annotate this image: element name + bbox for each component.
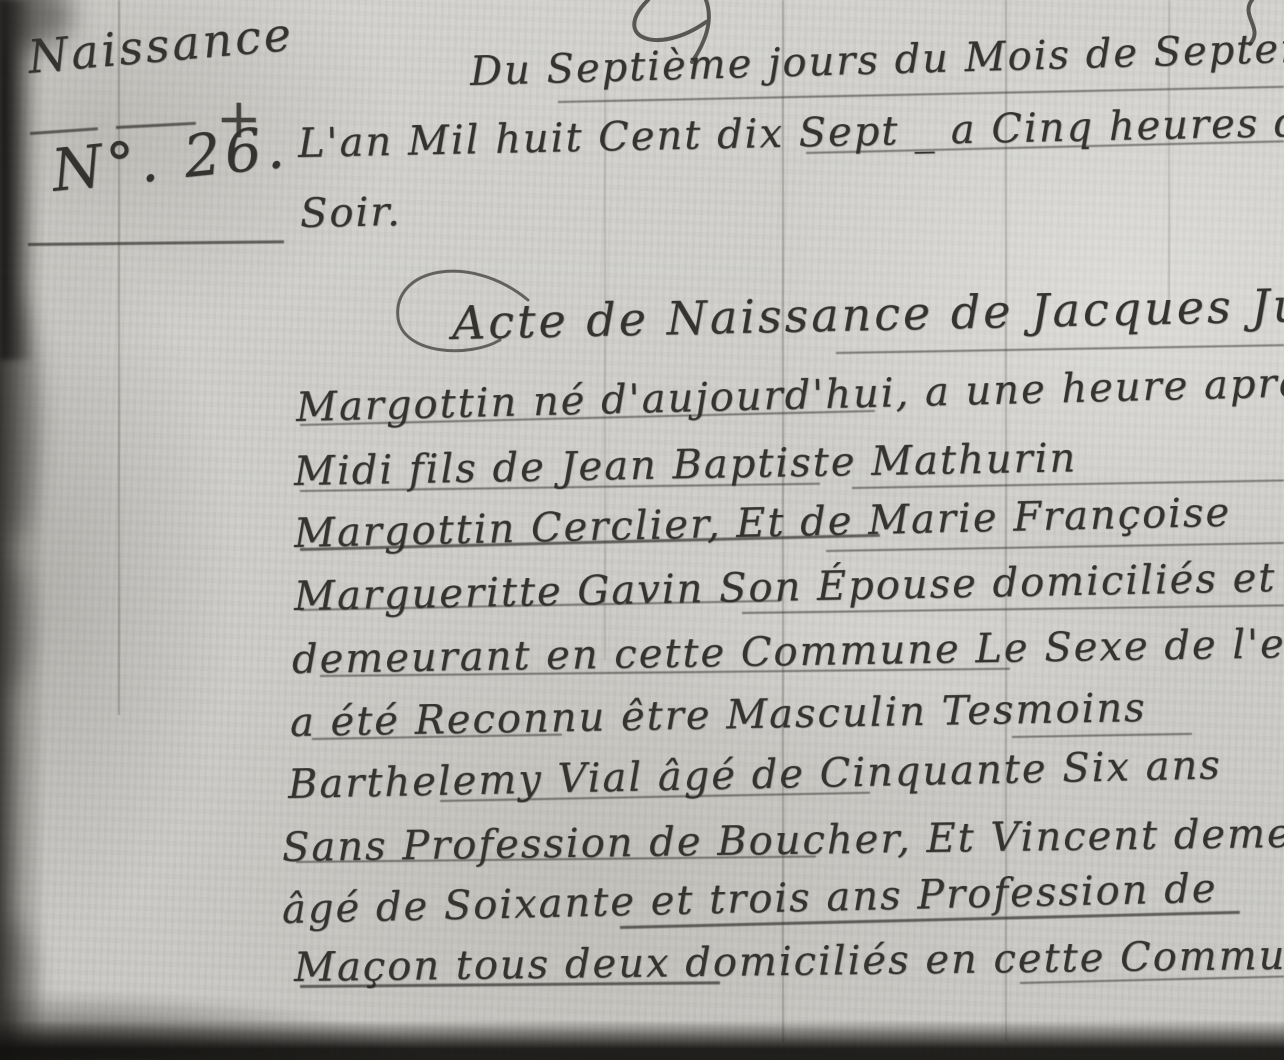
ink-rule <box>826 542 1284 552</box>
margin-underline <box>28 240 284 246</box>
manuscript-line: Du Septième jours du Mois de Septembre <box>469 26 1284 92</box>
scan-bottom-shadow-left <box>0 990 420 1060</box>
manuscript-line: âgé de Soixante et trois ans Profession … <box>282 869 1218 930</box>
scanned-document-page: Naissance + N°. 26. Du Septième jours du… <box>0 0 1284 1060</box>
margin-rule-line <box>118 0 120 715</box>
acte-heading-line: Acte de Naissance de Jacques Julien <box>452 280 1284 346</box>
ink-rule <box>836 344 1284 354</box>
manuscript-line: a été Reconnu être Masculin Tesmoins <box>290 688 1147 743</box>
ink-rule <box>1012 733 1192 738</box>
manuscript-line: Margottin né d'aujourd'hui, a une heure … <box>296 363 1284 428</box>
manuscript-line: L'an Mil huit Cent dix Sept _ a Cinq heu… <box>298 102 1284 164</box>
manuscript-line: Barthelemy Vial âgé de Cinquante Six ans <box>288 745 1223 805</box>
manuscript-line: Soir. <box>300 192 402 234</box>
